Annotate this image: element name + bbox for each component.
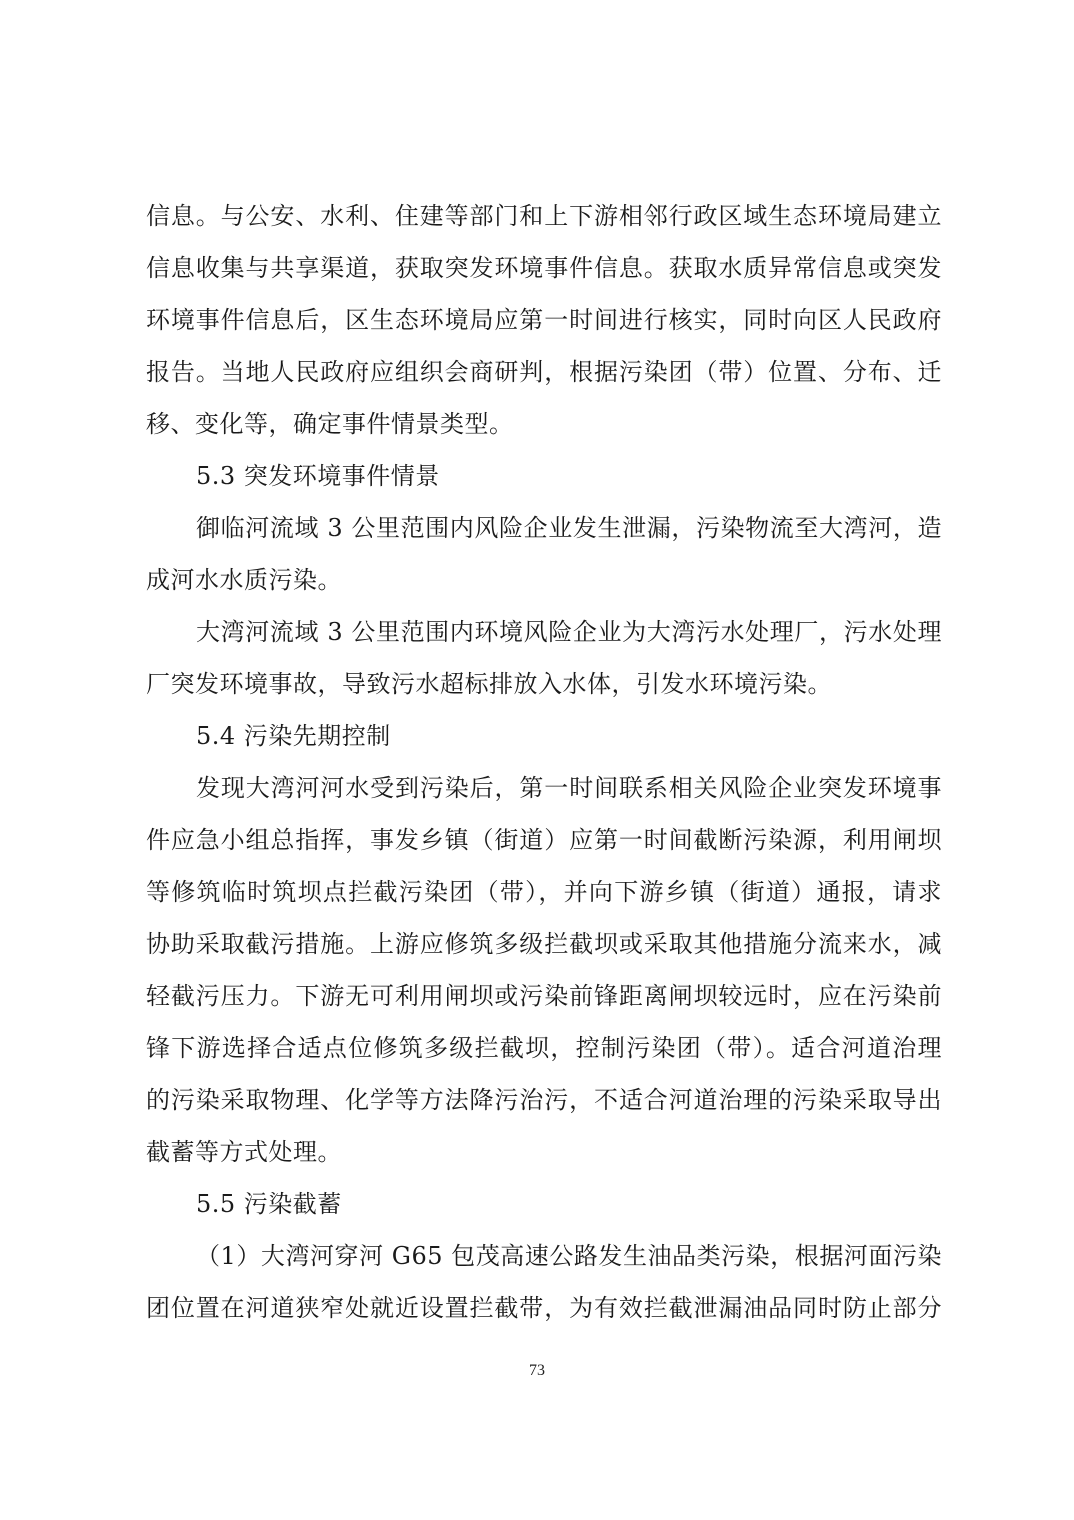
paragraph-line: 锋下游选择合适点位修筑多级拦截坝，控制污染团（带）。适合河道治理 bbox=[146, 1028, 942, 1068]
section-heading-5-4: 5.4 污染先期控制 bbox=[196, 716, 391, 756]
paragraph-line: 件应急小组总指挥，事发乡镇（街道）应第一时间截断污染源，利用闸坝 bbox=[146, 820, 942, 860]
paragraph-line: 厂突发环境事故，导致污水超标排放入水体，引发水环境污染。 bbox=[146, 664, 832, 704]
paragraph-line: 成河水水质污染。 bbox=[146, 560, 342, 600]
paragraph-line: 信息。与公安、水利、住建等部门和上下游相邻行政区域生态环境局建立 bbox=[146, 196, 942, 236]
paragraph-line: 报告。当地人民政府应组织会商研判，根据污染团（带）位置、分布、迁 bbox=[146, 352, 942, 392]
paragraph-line: 截蓄等方式处理。 bbox=[146, 1132, 342, 1172]
paragraph-line: 环境事件信息后，区生态环境局应第一时间进行核实，同时向区人民政府 bbox=[146, 300, 942, 340]
paragraph-line: 御临河流域 3 公里范围内风险企业发生泄漏，污染物流至大湾河，造 bbox=[196, 508, 942, 548]
paragraph-line: 移、变化等，确定事件情景类型。 bbox=[146, 404, 514, 444]
section-heading-5-5: 5.5 污染截蓄 bbox=[196, 1184, 342, 1224]
paragraph-line: 大湾河流域 3 公里范围内环境风险企业为大湾污水处理厂，污水处理 bbox=[196, 612, 942, 652]
paragraph-line: 等修筑临时筑坝点拦截污染团（带），并向下游乡镇（街道）通报，请求 bbox=[146, 872, 942, 912]
paragraph-line: 的污染采取物理、化学等方法降污治污，不适合河道治理的污染采取导出 bbox=[146, 1080, 942, 1120]
paragraph-line: 发现大湾河河水受到污染后，第一时间联系相关风险企业突发环境事 bbox=[196, 768, 942, 808]
paragraph-line: 协助采取截污措施。上游应修筑多级拦截坝或采取其他措施分流来水，减 bbox=[146, 924, 942, 964]
paragraph-line: （1）大湾河穿河 G65 包茂高速公路发生油品类污染，根据河面污染 bbox=[196, 1236, 942, 1276]
section-heading-5-3: 5.3 突发环境事件情景 bbox=[196, 456, 440, 496]
paragraph-line: 轻截污压力。下游无可利用闸坝或污染前锋距离闸坝较远时，应在污染前 bbox=[146, 976, 942, 1016]
page-number: 73 bbox=[0, 1362, 1074, 1380]
paragraph-line: 信息收集与共享渠道，获取突发环境事件信息。获取水质异常信息或突发 bbox=[146, 248, 942, 288]
paragraph-line: 团位置在河道狭窄处就近设置拦截带，为有效拦截泄漏油品同时防止部分 bbox=[146, 1288, 942, 1328]
